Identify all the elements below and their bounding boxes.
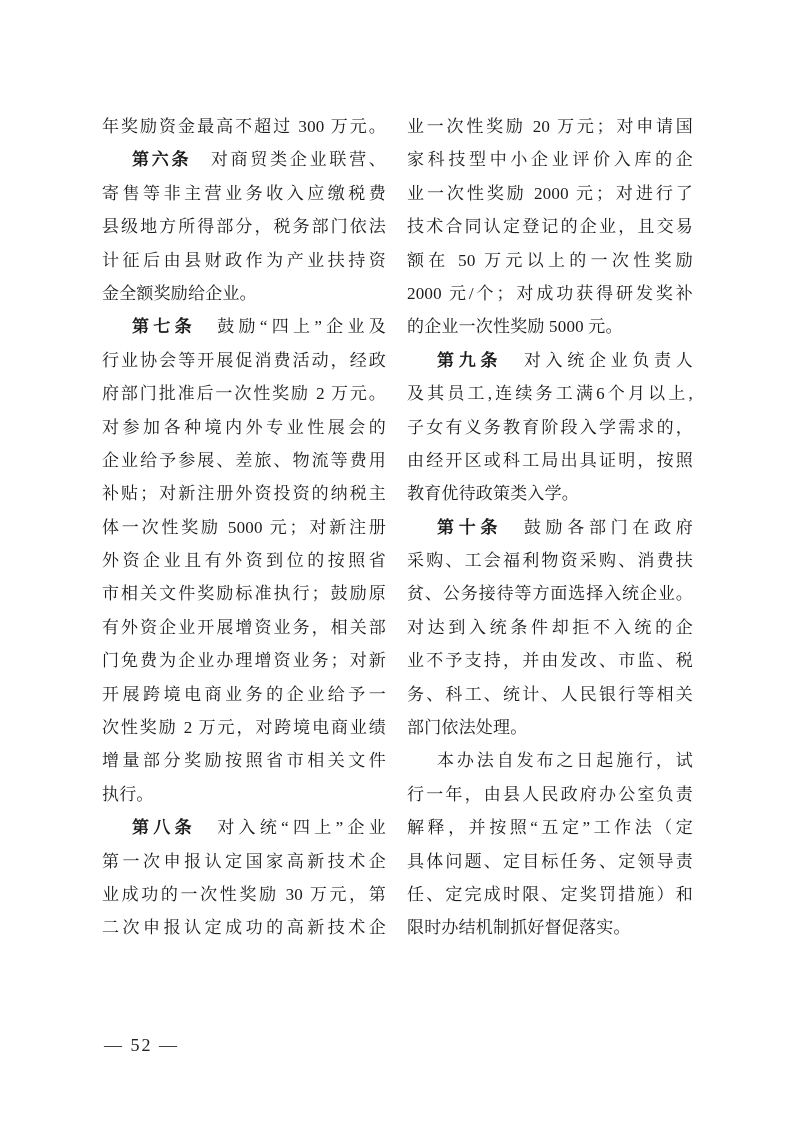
text-line: 子女有义务教育阶段入学需求的，	[407, 411, 693, 444]
text-line: 第九条 对入统企业负责人	[407, 344, 693, 377]
line-text: 子女有义务教育阶段入学需求的，	[407, 418, 693, 437]
line-text: 市相关文件奖励标准执行；鼓励原	[102, 584, 386, 603]
text-line: 业不予支持，并由发改、市监、税	[407, 644, 693, 677]
article-heading: 第九条	[437, 351, 502, 370]
line-text: 鼓励“四上”企业及	[196, 317, 386, 336]
line-text: 教育优待政策类入学。	[407, 484, 579, 503]
line-text: 外资企业且有外资到位的按照省	[102, 551, 386, 570]
text-line: 补贴；对新注册外资投资的纳税主	[102, 477, 386, 510]
text-line: 二次申报认定成功的高新技术企	[102, 911, 386, 944]
text-line: 对达到入统条件却拒不入统的企	[407, 611, 693, 644]
article-heading: 第七条	[132, 317, 196, 336]
text-line: 的企业一次性奖励 5000 元。	[407, 310, 693, 343]
line-text: 业一次性奖励 20 万元；对申请国	[407, 117, 693, 136]
line-text: 业成功的一次性奖励 30 万元，第	[102, 885, 386, 904]
line-text: 技术合同认定登记的企业，且交易	[407, 217, 693, 236]
text-line: 教育优待政策类入学。	[407, 477, 693, 510]
text-line: 部门依法处理。	[407, 711, 693, 744]
line-text: 县级地方所得部分，税务部门依法	[102, 217, 386, 236]
text-line: 及其员工,连续务工满6个月以上,	[407, 377, 693, 410]
text-line: 本办法自发布之日起施行，试	[407, 744, 693, 777]
line-text: 门免费为企业办理增资业务；对新	[102, 651, 386, 670]
line-text: 有外资企业开展增资业务，相关部	[102, 618, 386, 637]
article-heading: 第六条	[132, 150, 191, 169]
text-column-right: 业一次性奖励 20 万元；对申请国家科技型中小企业评价入库的企业一次性奖励 20…	[407, 110, 693, 945]
text-line: 由经开区或科工局出具证明，按照	[407, 444, 693, 477]
line-text: 对入统“四上”企业	[196, 818, 386, 837]
text-line: 贫、公务接待等方面选择入统企业。	[407, 577, 693, 610]
text-line: 限时办结机制抓好督促落实。	[407, 911, 693, 944]
text-line: 府部门批准后一次性奖励 2 万元。	[102, 377, 386, 410]
page-number: — 52 —	[104, 1035, 179, 1056]
line-text: 具体问题、定目标任务、定领导责	[407, 852, 693, 871]
line-text: 的企业一次性奖励 5000 元。	[407, 317, 623, 336]
line-text: 本办法自发布之日起施行，试	[437, 751, 693, 770]
line-text: 计征后由县财政作为产业扶持资	[102, 251, 386, 270]
text-line: 第七条 鼓励“四上”企业及	[102, 310, 386, 343]
line-text: 限时办结机制抓好督促落实。	[407, 918, 631, 937]
text-line: 外资企业且有外资到位的按照省	[102, 544, 386, 577]
line-text: 及其员工,连续务工满6个月以上,	[407, 384, 693, 403]
text-line: 第八条 对入统“四上”企业	[102, 811, 386, 844]
text-line: 第一次申报认定国家高新技术企	[102, 845, 386, 878]
line-text: 家科技型中小企业评价入库的企	[407, 150, 693, 169]
text-line: 第六条 对商贸类企业联营、	[102, 143, 386, 176]
text-column-left: 年奖励资金最高不超过 300 万元。第六条 对商贸类企业联营、寄售等非主营业务收…	[102, 110, 386, 945]
line-text: 采购、工会福利物资采购、消费扶	[407, 551, 693, 570]
line-text: 业不予支持，并由发改、市监、税	[407, 651, 693, 670]
text-line: 务、科工、统计、人民银行等相关	[407, 678, 693, 711]
text-line: 计征后由县财政作为产业扶持资	[102, 244, 386, 277]
line-text: 二次申报认定成功的高新技术企	[102, 918, 386, 937]
text-line: 2000 元/个；对成功获得研发奖补	[407, 277, 693, 310]
text-line: 次性奖励 2 万元，对跨境电商业绩	[102, 711, 386, 744]
line-text: 对商贸类企业联营、	[191, 150, 386, 169]
line-text: 对参加各种境内外专业性展会的	[102, 418, 386, 437]
article-heading: 第十条	[437, 518, 502, 537]
line-text: 解释，并按照“五定”工作法（定	[407, 818, 693, 837]
text-line: 门免费为企业办理增资业务；对新	[102, 644, 386, 677]
text-line: 对参加各种境内外专业性展会的	[102, 411, 386, 444]
line-text: 部门依法处理。	[407, 718, 527, 737]
line-text: 执行。	[102, 785, 154, 804]
line-text: 对达到入统条件却拒不入统的企	[407, 618, 693, 637]
line-text: 由经开区或科工局出具证明，按照	[407, 451, 693, 470]
line-text: 补贴；对新注册外资投资的纳税主	[102, 484, 386, 503]
text-line: 开展跨境电商业务的企业给予一	[102, 678, 386, 711]
line-text: 贫、公务接待等方面选择入统企业。	[407, 584, 693, 603]
line-text: 开展跨境电商业务的企业给予一	[102, 685, 386, 704]
line-text: 业一次性奖励 2000 元；对进行了	[407, 184, 693, 203]
line-text: 金全额奖励给企业。	[102, 284, 257, 303]
text-line: 执行。	[102, 778, 386, 811]
text-line: 任、定完成时限、定奖罚措施）和	[407, 878, 693, 911]
line-text: 年奖励资金最高不超过 300 万元。	[102, 117, 386, 136]
text-line: 县级地方所得部分，税务部门依法	[102, 210, 386, 243]
line-text: 行一年，由县人民政府办公室负责	[407, 785, 693, 804]
text-line: 具体问题、定目标任务、定领导责	[407, 845, 693, 878]
text-line: 金全额奖励给企业。	[102, 277, 386, 310]
text-line: 寄售等非主营业务收入应缴税费	[102, 177, 386, 210]
line-text: 鼓励各部门在政府	[502, 518, 693, 537]
text-line: 采购、工会福利物资采购、消费扶	[407, 544, 693, 577]
text-line: 技术合同认定登记的企业，且交易	[407, 210, 693, 243]
text-line: 业成功的一次性奖励 30 万元，第	[102, 878, 386, 911]
article-heading: 第八条	[132, 818, 196, 837]
line-text: 对入统企业负责人	[502, 351, 693, 370]
text-line: 额在 50 万元以上的一次性奖励	[407, 244, 693, 277]
text-line: 解释，并按照“五定”工作法（定	[407, 811, 693, 844]
line-text: 额在 50 万元以上的一次性奖励	[407, 251, 693, 270]
text-line: 家科技型中小企业评价入库的企	[407, 143, 693, 176]
text-line: 体一次性奖励 5000 元；对新注册	[102, 511, 386, 544]
text-line: 增量部分奖励按照省市相关文件	[102, 744, 386, 777]
line-text: 府部门批准后一次性奖励 2 万元。	[102, 384, 386, 403]
text-line: 企业给予参展、差旅、物流等费用	[102, 444, 386, 477]
text-line: 行一年，由县人民政府办公室负责	[407, 778, 693, 811]
line-text: 任、定完成时限、定奖罚措施）和	[407, 885, 693, 904]
line-text: 体一次性奖励 5000 元；对新注册	[102, 518, 386, 537]
text-line: 年奖励资金最高不超过 300 万元。	[102, 110, 386, 143]
line-text: 增量部分奖励按照省市相关文件	[102, 751, 386, 770]
text-line: 业一次性奖励 2000 元；对进行了	[407, 177, 693, 210]
text-line: 行业协会等开展促消费活动，经政	[102, 344, 386, 377]
text-line: 业一次性奖励 20 万元；对申请国	[407, 110, 693, 143]
line-text: 第一次申报认定国家高新技术企	[102, 852, 386, 871]
line-text: 次性奖励 2 万元，对跨境电商业绩	[102, 718, 386, 737]
line-text: 务、科工、统计、人民银行等相关	[407, 685, 693, 704]
text-line: 市相关文件奖励标准执行；鼓励原	[102, 577, 386, 610]
line-text: 寄售等非主营业务收入应缴税费	[102, 184, 386, 203]
line-text: 企业给予参展、差旅、物流等费用	[102, 451, 386, 470]
line-text: 2000 元/个；对成功获得研发奖补	[407, 284, 693, 303]
text-line: 第十条 鼓励各部门在政府	[407, 511, 693, 544]
line-text: 行业协会等开展促消费活动，经政	[102, 351, 386, 370]
document-page: 年奖励资金最高不超过 300 万元。第六条 对商贸类企业联营、寄售等非主营业务收…	[0, 0, 793, 1122]
text-line: 有外资企业开展增资业务，相关部	[102, 611, 386, 644]
